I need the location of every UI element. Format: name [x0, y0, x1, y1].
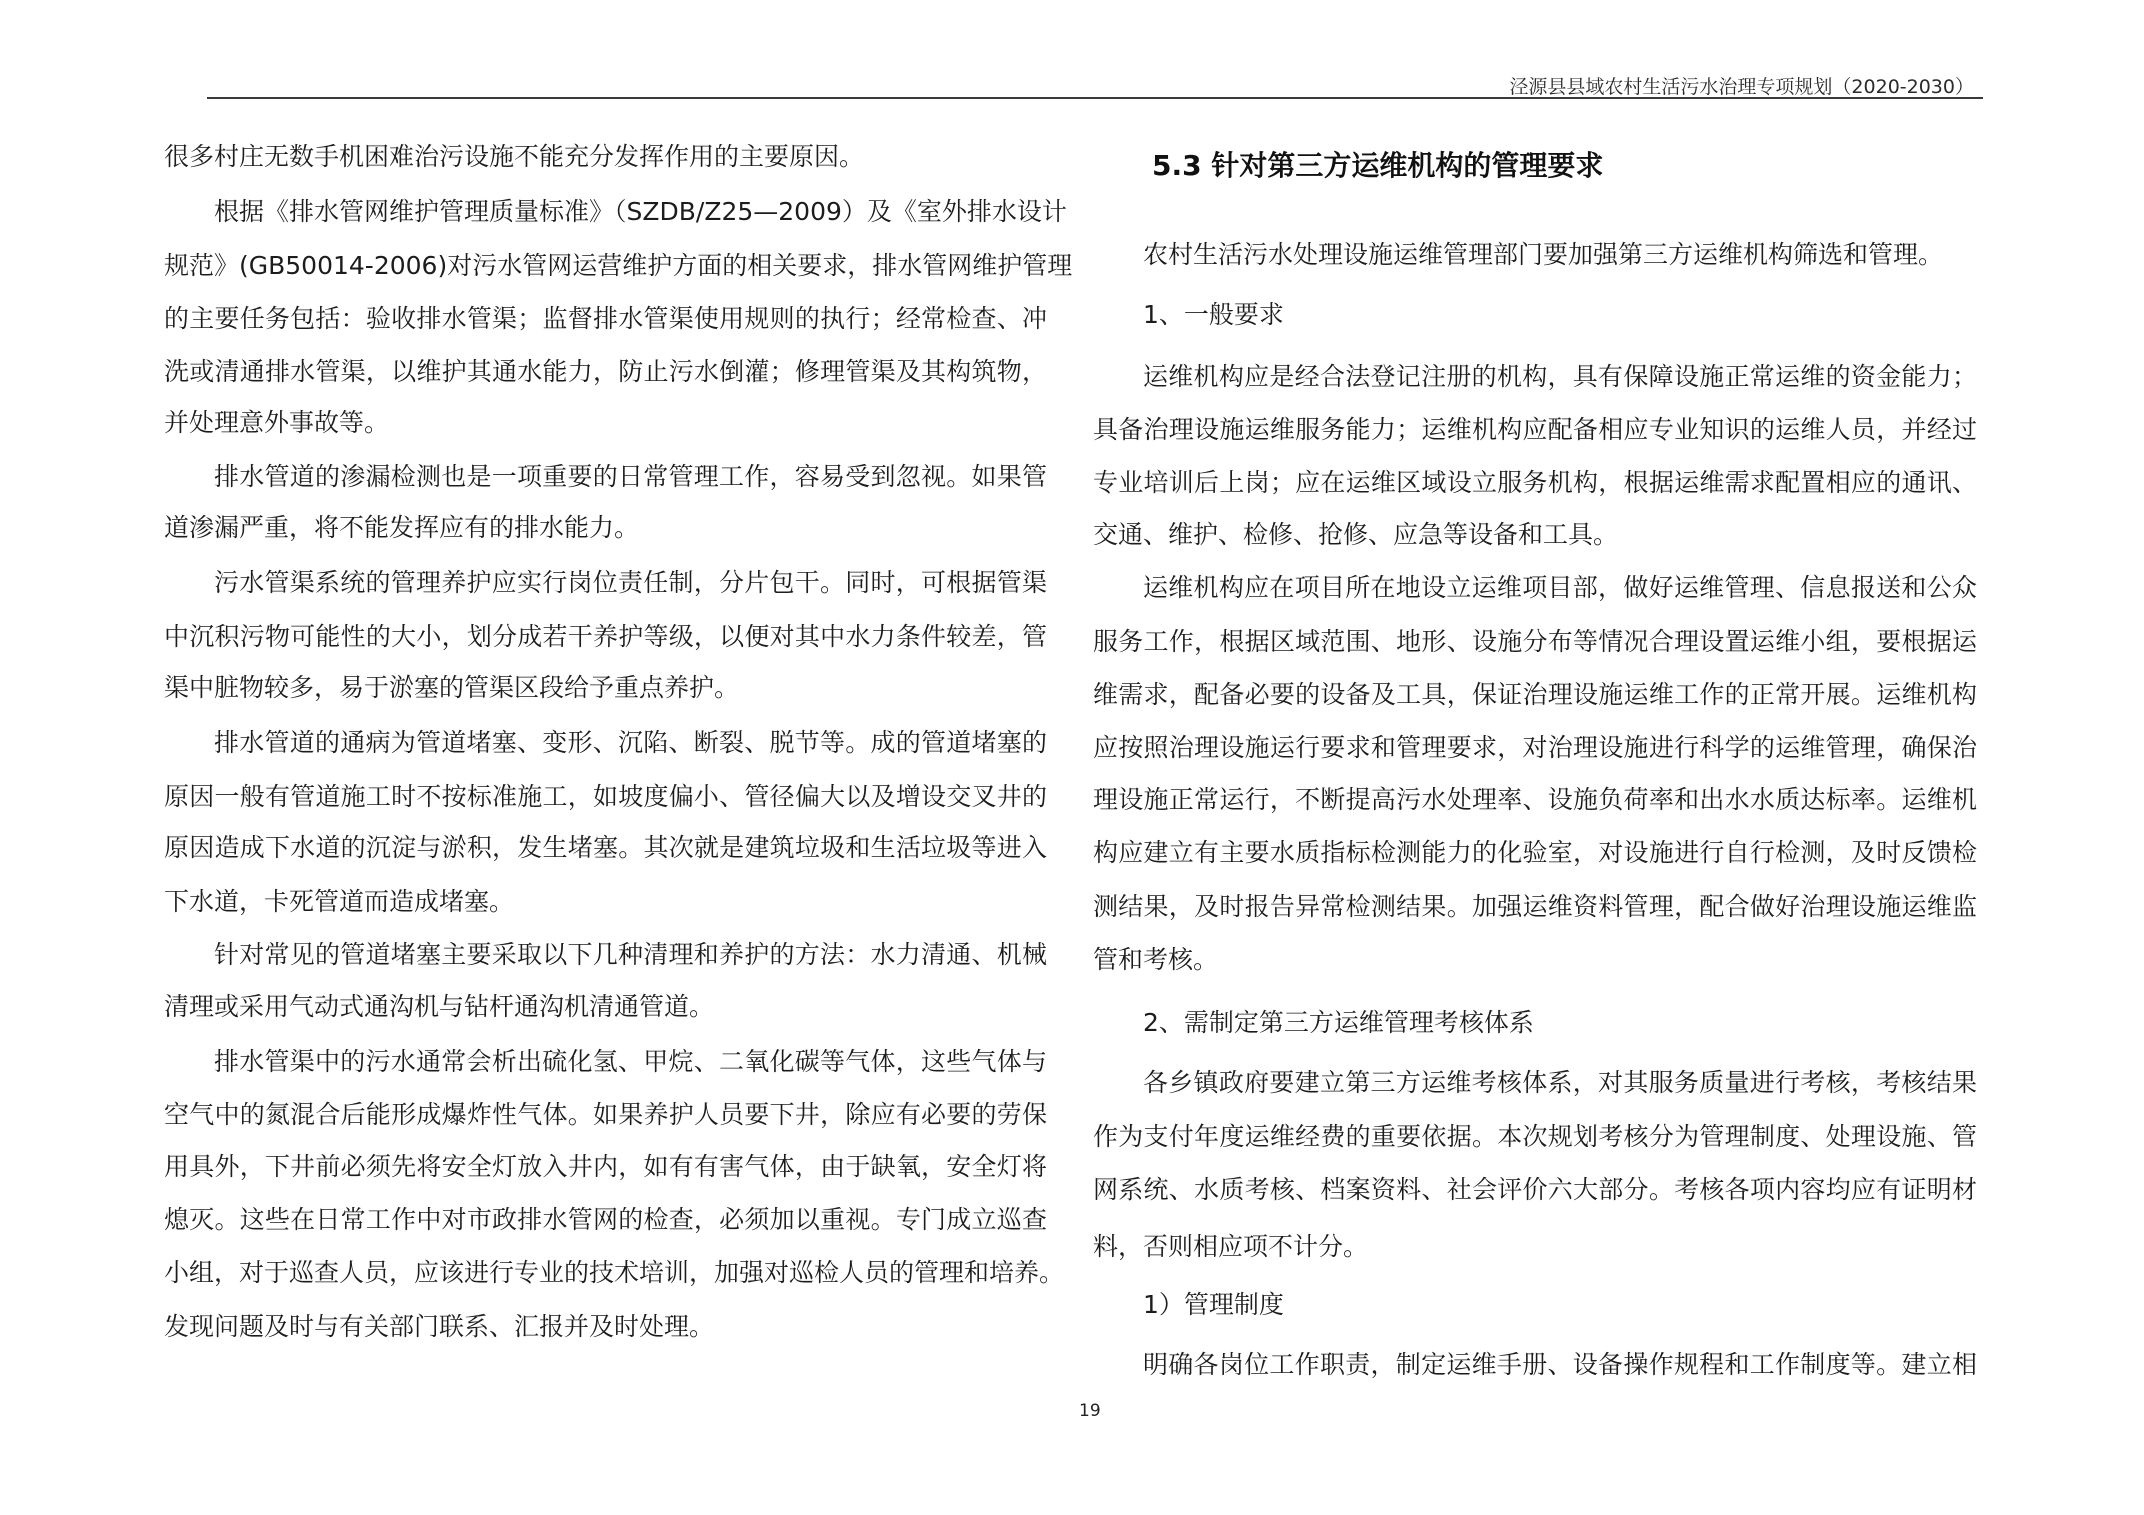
- subheading: 1、一般要求: [1143, 300, 1977, 330]
- text-line: 清理或采用气动式通沟机与钻杆通沟机清通管道。: [164, 992, 1047, 1022]
- text-line: 很多村庄无数手机困难治污设施不能充分发挥作用的主要原因。: [164, 142, 1047, 172]
- text-line: 作为支付年度运维经费的重要依据。本次规划考核分为管理制度、处理设施、管: [1093, 1122, 1977, 1152]
- text-line: 测结果，及时报告异常检测结果。加强运维资料管理，配合做好治理设施运维监: [1093, 892, 1977, 922]
- text-line: 运维机构应在项目所在地设立运维项目部，做好运维管理、信息报送和公众: [1143, 573, 1977, 603]
- text-line: 管和考核。: [1093, 945, 1977, 975]
- text-line: 原因造成下水道的沉淀与淤积，发生堵塞。其次就是建筑垃圾和生活垃圾等进入: [164, 833, 1047, 863]
- subheading: 2、需制定第三方运维管理考核体系: [1143, 1008, 1977, 1038]
- text-line: 根据《排水管网维护管理质量标准》（SZDB/Z25—2009）及《室外排水设计: [214, 197, 1047, 227]
- text-line: 明确各岗位工作职责，制定运维手册、设备操作规程和工作制度等。建立相: [1143, 1350, 1977, 1380]
- page-number: 19: [1079, 1400, 1101, 1422]
- text-line: 网系统、水质考核、档案资料、社会评价六大部分。考核各项内容均应有证明材: [1093, 1175, 1977, 1205]
- text-line: 排水管道的渗漏检测也是一项重要的日常管理工作，容易受到忽视。如果管: [214, 462, 1047, 492]
- text-line: 规范》(GB50014-2006)对污水管网运营维护方面的相关要求，排水管网维护…: [164, 251, 1047, 281]
- text-line: 小组，对于巡查人员，应该进行专业的技术培训，加强对巡检人员的管理和培养。: [164, 1258, 1047, 1288]
- text-line: 运维机构应是经合法登记注册的机构，具有保障设施正常运维的资金能力；: [1143, 362, 1977, 392]
- text-line: 应按照治理设施运行要求和管理要求，对治理设施进行科学的运维管理，确保治: [1093, 733, 1977, 763]
- text-line: 排水管渠中的污水通常会析出硫化氢、甲烷、二氧化碳等气体，这些气体与: [214, 1047, 1047, 1077]
- text-line: 维需求，配备必要的设备及工具，保证治理设施运维工作的正常开展。运维机构: [1093, 680, 1977, 710]
- text-line: 空气中的氮混合后能形成爆炸性气体。如果养护人员要下井，除应有必要的劳保: [164, 1100, 1047, 1130]
- text-line: 道渗漏严重，将不能发挥应有的排水能力。: [164, 513, 1047, 543]
- text-line: 针对常见的管道堵塞主要采取以下几种清理和养护的方法：水力清通、机械: [214, 940, 1047, 970]
- text-line: 熄灭。这些在日常工作中对市政排水管网的检查，必须加以重视。专门成立巡查: [164, 1205, 1047, 1235]
- header-rule-divider: [207, 97, 1983, 99]
- text-line: 并处理意外事故等。: [164, 408, 1047, 438]
- text-line: 排水管道的通病为管道堵塞、变形、沉陷、断裂、脱节等。成的管道堵塞的: [214, 728, 1047, 758]
- text-line: 的主要任务包括：验收排水管渠；监督排水管渠使用规则的执行；经常检查、冲: [164, 304, 1047, 334]
- text-line: 农村生活污水处理设施运维管理部门要加强第三方运维机构筛选和管理。: [1143, 240, 1977, 270]
- text-line: 中沉积污物可能性的大小，划分成若干养护等级，以便对其中水力条件较差，管: [164, 622, 1047, 652]
- text-line: 发现问题及时与有关部门联系、汇报并及时处理。: [164, 1312, 1047, 1342]
- text-line: 用具外，下井前必须先将安全灯放入井内，如有有害气体，由于缺氧，安全灯将: [164, 1152, 1047, 1182]
- text-line: 污水管渠系统的管理养护应实行岗位责任制，分片包干。同时，可根据管渠: [214, 568, 1047, 598]
- text-line: 交通、维护、检修、抢修、应急等设备和工具。: [1093, 520, 1977, 550]
- section-heading: 5.3 针对第三方运维机构的管理要求: [1152, 148, 1603, 184]
- text-line: 下水道，卡死管道而造成堵塞。: [164, 887, 1047, 917]
- text-line: 专业培训后上岗；应在运维区域设立服务机构，根据运维需求配置相应的通讯、: [1093, 468, 1977, 498]
- text-line: 具备治理设施运维服务能力；运维机构应配备相应专业知识的运维人员，并经过: [1093, 415, 1977, 445]
- running-header-title: 泾源县县域农村生活污水治理专项规划（2020-2030）: [1509, 76, 1974, 98]
- text-line: 渠中脏物较多，易于淤塞的管渠区段给予重点养护。: [164, 673, 1047, 703]
- text-line: 理设施正常运行，不断提高污水处理率、设施负荷率和出水水质达标率。运维机: [1093, 785, 1977, 815]
- subheading: 1）管理制度: [1143, 1290, 1977, 1320]
- text-line: 料，否则相应项不计分。: [1093, 1232, 1977, 1262]
- document-page: 泾源县县域农村生活污水治理专项规划（2020-2030） 很多村庄无数手机困难治…: [0, 0, 2144, 1515]
- text-line: 服务工作，根据区域范围、地形、设施分布等情况合理设置运维小组，要根据运: [1093, 627, 1977, 657]
- text-line: 构应建立有主要水质指标检测能力的化验室，对设施进行自行检测，及时反馈检: [1093, 838, 1977, 868]
- text-line: 洗或清通排水管渠，以维护其通水能力，防止污水倒灌；修理管渠及其构筑物，: [164, 357, 1047, 387]
- text-line: 原因一般有管道施工时不按标准施工，如坡度偏小、管径偏大以及增设交叉井的: [164, 782, 1047, 812]
- text-line: 各乡镇政府要建立第三方运维考核体系，对其服务质量进行考核，考核结果: [1143, 1068, 1977, 1098]
